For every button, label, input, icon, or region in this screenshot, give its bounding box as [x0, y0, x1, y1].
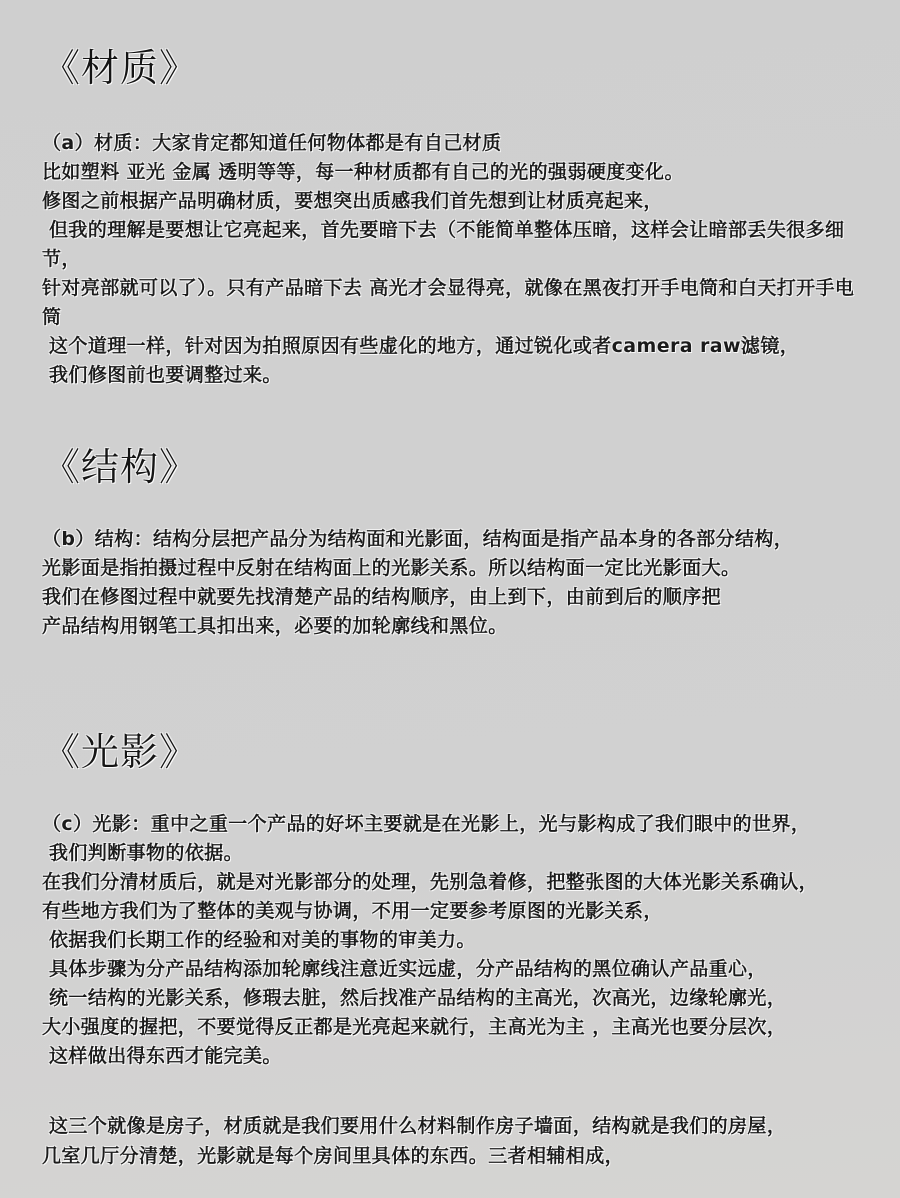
paragraph-material: （a）材质：大家肯定都知道任何物体都是有自己材质 比如塑料 亚光 金属 透明等等… [42, 129, 870, 390]
text-line: 几室几厅分清楚，光影就是每个房间里具体的东西。三者相辅相成， [42, 1141, 870, 1171]
text-line: 在我们分清材质后，就是对光影部分的处理，先别急着修，把整张图的大体光影关系确认， [42, 868, 870, 897]
text-line: 修图之前根据产品明确材质，要想突出质感我们首先想到让材质亮起来， [42, 187, 870, 216]
text-line: 比如塑料 亚光 金属 透明等等，每一种材质都有自己的光的强弱硬度变化。 [42, 158, 870, 187]
document-page: 《材质》 （a）材质：大家肯定都知道任何物体都是有自己材质 比如塑料 亚光 金属… [0, 0, 900, 1198]
paragraph-structure: （b）结构：结构分层把产品分为结构面和光影面，结构面是指产品本身的各部分结构， … [42, 525, 870, 641]
section-heading-material: 《材质》 [42, 46, 870, 90]
text-line: 我们修图前也要调整过来。 [42, 361, 870, 390]
paragraph-light-shadow: （c）光影：重中之重一个产品的好坏主要就是在光影上，光与影构成了我们眼中的世界，… [42, 810, 870, 1071]
section-heading-structure: 《结构》 [42, 445, 870, 489]
text-line: 统一结构的光影关系，修瑕去脏，然后找准产品结构的主高光，次高光，边缘轮廓光， [42, 984, 870, 1013]
text-line: 依据我们长期工作的经验和对美的事物的审美力。 [42, 926, 870, 955]
section-light-shadow: 《光影》 （c）光影：重中之重一个产品的好坏主要就是在光影上，光与影构成了我们眼… [42, 730, 870, 1071]
text-line: 光影面是指拍摄过程中反射在结构面上的光影关系。所以结构面一定比光影面大。 [42, 554, 870, 583]
section-material: 《材质》 （a）材质：大家肯定都知道任何物体都是有自己材质 比如塑料 亚光 金属… [42, 46, 870, 390]
closing-paragraph: 这三个就像是房子，材质就是我们要用什么材料制作房子墙面，结构就是我们的房屋， 几… [42, 1111, 870, 1171]
text-line: 这三个就像是房子，材质就是我们要用什么材料制作房子墙面，结构就是我们的房屋， [42, 1111, 870, 1141]
section-structure: 《结构》 （b）结构：结构分层把产品分为结构面和光影面，结构面是指产品本身的各部… [42, 445, 870, 641]
text-line: 产品结构用钢笔工具扣出来，必要的加轮廓线和黑位。 [42, 612, 870, 641]
section-heading-light-shadow: 《光影》 [42, 730, 870, 774]
text-line: （b）结构：结构分层把产品分为结构面和光影面，结构面是指产品本身的各部分结构， [42, 525, 870, 554]
text-line: 我们判断事物的依据。 [42, 839, 870, 868]
text-line: 有些地方我们为了整体的美观与协调，不用一定要参考原图的光影关系， [42, 897, 870, 926]
text-line: 这样做出得东西才能完美。 [42, 1042, 870, 1071]
text-line: 这个道理一样，针对因为拍照原因有些虚化的地方，通过锐化或者camera raw滤… [42, 332, 870, 361]
text-line: 但我的理解是要想让它亮起来，首先要暗下去（不能简单整体压暗，这样会让暗部丢失很多… [42, 216, 870, 274]
text-line: 具体步骤为分产品结构添加轮廓线注意近实远虚，分产品结构的黑位确认产品重心， [42, 955, 870, 984]
text-line: 我们在修图过程中就要先找清楚产品的结构顺序，由上到下，由前到后的顺序把 [42, 583, 870, 612]
text-line: 针对亮部就可以了）。只有产品暗下去 高光才会显得亮，就像在黑夜打开手电筒和白天打… [42, 274, 870, 332]
text-line: （c）光影：重中之重一个产品的好坏主要就是在光影上，光与影构成了我们眼中的世界， [42, 810, 870, 839]
text-line: （a）材质：大家肯定都知道任何物体都是有自己材质 [42, 129, 870, 158]
text-line: 大小强度的握把，不要觉得反正都是光亮起来就行，主高光为主 ，主高光也要分层次， [42, 1013, 870, 1042]
